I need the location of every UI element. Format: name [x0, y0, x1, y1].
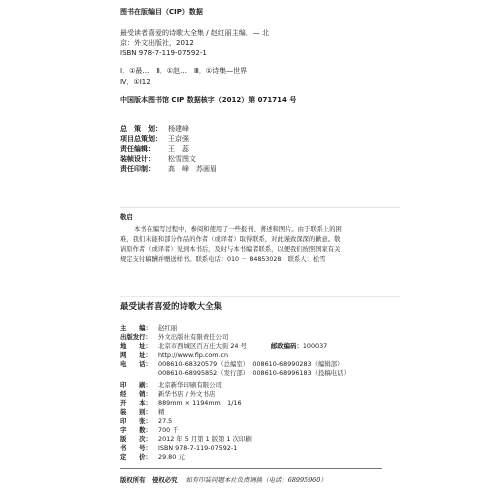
rights-notice: 版权所有 侵权必究 [120, 476, 178, 484]
book-title: 最受读者喜爱的诗歌大全集 [120, 300, 222, 312]
staff-row: 责任编辑：王 蕊 [120, 144, 189, 154]
footer: 版权所有 侵权必究如有印装问题本社负责调换（电话：68995960） [120, 475, 327, 485]
staff-value: 王京强 [168, 135, 189, 143]
staff-label: 总 策 划： [120, 124, 168, 134]
cip-heading: 图书在版编目（CIP）数据 [120, 7, 203, 17]
divider [120, 207, 400, 208]
staff-value: 杨建峰 [168, 125, 189, 133]
book-row: 008610-68995852（发行部） 008610-68996183（投稿电… [120, 368, 350, 378]
staff-value: 王 蕊 [168, 145, 189, 153]
notice-title: 敬启 [120, 212, 133, 222]
cip-isbn: ISBN 978-7-119-07592-1 [120, 48, 207, 58]
staff-label: 责任印制： [120, 164, 168, 174]
printing-defect-note: 如有印装问题本社负责调换（电话：68995960） [186, 476, 327, 484]
divider [120, 296, 400, 297]
staff-row: 项目总策划：王京强 [120, 134, 189, 144]
notice-text: 本书在编写过程中，参阅和使用了一些报刊、著述和图片。由于联系上的困难，我们未能和… [120, 226, 342, 263]
staff-row: 装帧设计：松雪图文 [120, 154, 196, 164]
staff-label: 装帧设计： [120, 154, 168, 164]
staff-value: 高 峰 苏画眉 [168, 165, 217, 173]
cip-line: 京：外文出版社，2012 [120, 38, 194, 48]
notice-body: 本书在编写过程中，参阅和使用了一些报刊、著述和图片。由于联系上的困难，我们未能和… [120, 225, 344, 265]
copyright-page: 图书在版编目（CIP）数据 最受读者喜爱的诗歌大全集 / 赵红丽主编．— 北 京… [0, 0, 500, 500]
staff-row: 总 策 划：杨建峰 [120, 124, 189, 134]
staff-label: 项目总策划： [120, 134, 168, 144]
cip-classification: Ⅳ．①I12 [120, 77, 151, 87]
cip-line: 最受读者喜爱的诗歌大全集 / 赵红丽主编．— 北 [120, 28, 269, 38]
staff-value: 松雪图文 [168, 155, 196, 163]
cip-classification: Ⅰ．①最… Ⅱ．①赵… Ⅲ．①诗集—世界 [120, 66, 247, 76]
footer-divider [120, 468, 382, 469]
staff-row: 责任印制：高 峰 苏画眉 [120, 164, 217, 174]
book-row: 定 价：29.80 元 [120, 452, 185, 462]
cip-library-number: 中国版本图书馆 CIP 数据核字（2012）第 071714 号 [120, 95, 296, 105]
staff-label: 责任编辑： [120, 144, 168, 154]
website-link: http://www.flp.com.cn [158, 351, 228, 359]
